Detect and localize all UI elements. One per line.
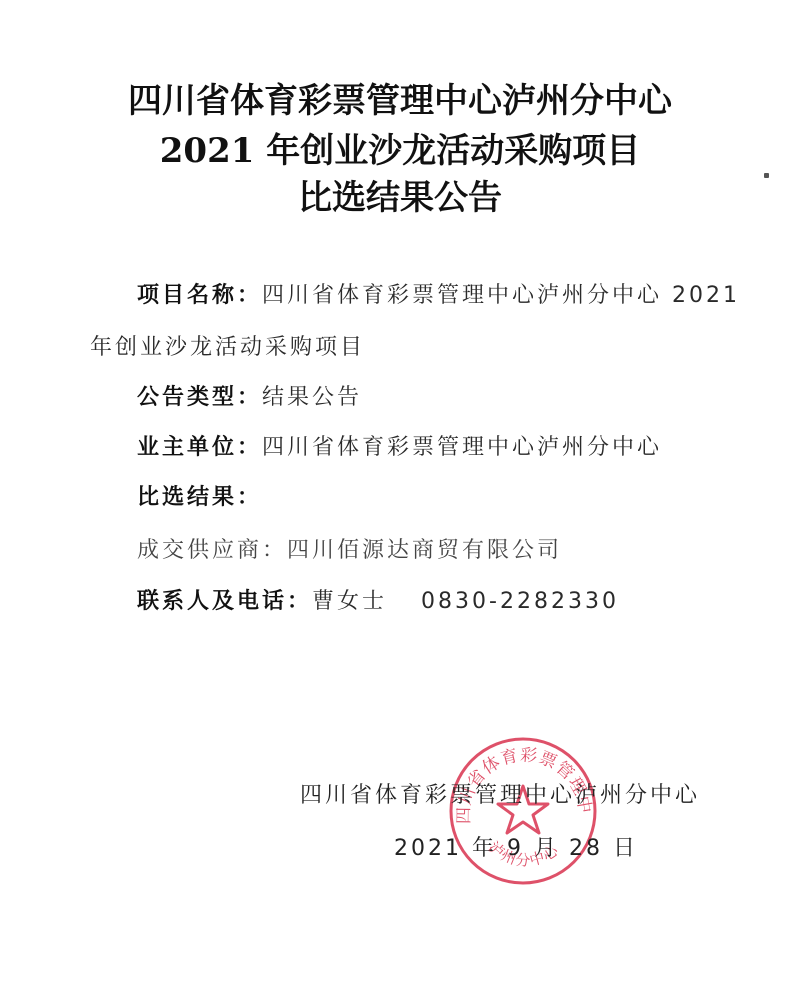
notice-type-value: 结果公告: [262, 385, 362, 410]
contact-label: 联系人及电话：: [137, 589, 312, 614]
selection-result-row: 比选结果：: [137, 483, 262, 513]
document-title-line-3: 比选结果公告: [0, 175, 800, 221]
project-name-value-continued: 年创业沙龙活动采购项目: [90, 335, 365, 360]
document-title-line-1: 四川省体育彩票管理中心泸州分中心: [0, 78, 800, 124]
notice-type-label: 公告类型：: [137, 385, 262, 410]
contact-row: 联系人及电话：曹女士0830-2282330: [137, 587, 619, 617]
owner-unit-row: 业主单位：四川省体育彩票管理中心泸州分中心: [137, 433, 662, 463]
selection-result-label: 比选结果：: [137, 485, 262, 510]
supplier-row: 成交供应商：四川佰源达商贸有限公司: [137, 536, 562, 566]
owner-unit-value: 四川省体育彩票管理中心泸州分中心: [262, 435, 662, 460]
project-name-value: 四川省体育彩票管理中心泸州分中心 2021: [262, 283, 740, 308]
project-name-label: 项目名称：: [137, 283, 262, 308]
scan-speck: [764, 173, 769, 178]
notice-type-row: 公告类型：结果公告: [137, 383, 362, 413]
signature-date: 2021 年 9 月 28 日: [394, 834, 638, 864]
project-name-row-continued: 年创业沙龙活动采购项目: [90, 333, 365, 363]
signature-organization: 四川省体育彩票管理中心泸州分中心: [300, 781, 700, 811]
owner-unit-label: 业主单位：: [137, 435, 262, 460]
project-name-row: 项目名称：四川省体育彩票管理中心泸州分中心 2021: [137, 281, 740, 311]
contact-phone: 0830-2282330: [421, 589, 619, 614]
document-title-line-2: 2021 年创业沙龙活动采购项目: [0, 128, 800, 174]
contact-name: 曹女士: [312, 589, 387, 614]
supplier-label: 成交供应商：: [137, 538, 287, 563]
supplier-value: 四川佰源达商贸有限公司: [287, 538, 562, 563]
